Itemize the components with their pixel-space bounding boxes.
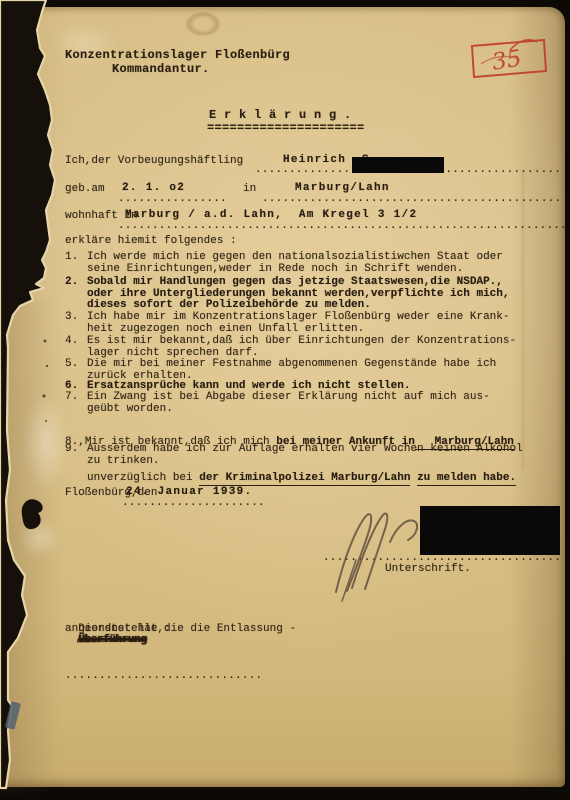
- declaration-item-4: 4. Es ist mir bekannt,daß ich über Einri…: [65, 336, 516, 359]
- kommandantur-line: Kommandantur.: [112, 64, 210, 76]
- item-text-underlined: zu melden habe.: [417, 473, 516, 486]
- declaration-item-2: 2. Sobald mir Handlungen gegen das jetzi…: [65, 277, 509, 312]
- item-number: 9.: [65, 444, 87, 467]
- declaration-item-9: 9. Ausserdem habe ich zur Auflage erhalt…: [65, 444, 523, 467]
- issuing-office-line-2: angeordnet hat :: [65, 624, 171, 636]
- declaration-item-1: 1. Ich werde mich nie gegen den national…: [65, 252, 503, 275]
- struck-word: Überführung: [78, 634, 146, 646]
- item-number: 5.: [65, 359, 87, 382]
- intro-line: erkläre hiemit folgendes :: [65, 236, 237, 248]
- item-8-line-2: unverzüglich bei der Kriminalpolizei Mar…: [65, 473, 516, 486]
- item-number: 7.: [65, 392, 87, 415]
- item-text: Ein Zwang ist bei Abgabe dieser Erklärun…: [87, 392, 490, 415]
- item-text-segment: unverzüglich bei: [87, 473, 199, 486]
- scanned-document-page: { "document": { "header": { "org": "Konz…: [0, 0, 570, 800]
- title-underline: =====================: [207, 123, 365, 135]
- item-text: Sobald mir Handlungen gegen das jetzige …: [87, 277, 509, 312]
- item-text: Ausserdem habe ich zur Auflage erhalten …: [87, 444, 523, 467]
- declaration-title: E r k l ä r u n g .: [209, 110, 352, 122]
- item-text: Es ist mir bekannt,daß ich über Einricht…: [87, 336, 516, 359]
- dotted-line-birth-b: ........................................…: [262, 194, 561, 206]
- redaction-box-name: [352, 157, 444, 173]
- footer-dotted-line: .............................: [65, 671, 262, 683]
- declaration-item-3: 3. Ich habe mir im Konzentrationslager F…: [65, 312, 509, 335]
- item-text: Ich habe mir im Konzentrationslager Floß…: [87, 312, 509, 335]
- item-number: 4.: [65, 336, 87, 359]
- dotted-line-residence: ........................................…: [118, 221, 567, 233]
- signature-label: Unterschrift.: [385, 564, 471, 576]
- item-text: Ich werde mich nie gegen den nationalsoz…: [87, 252, 503, 275]
- item-text-underlined: der Kriminalpolizei Marburg/Lahn: [199, 473, 410, 486]
- item-number: 1.: [65, 252, 87, 275]
- item-text: Die mir bei meiner Festnahme abgenommene…: [87, 359, 496, 382]
- birth-in-label: in: [243, 184, 256, 196]
- prisoner-label: Ich,der Vorbeugungshäftling: [65, 156, 243, 168]
- item-number: 2.: [65, 277, 87, 312]
- item-number: 3.: [65, 312, 87, 335]
- redaction-box-signature: [420, 506, 560, 555]
- declaration-item-5: 5. Die mir bei meiner Festnahme abgenomm…: [65, 359, 496, 382]
- dotted-line-date: .....................: [122, 498, 265, 510]
- declaration-item-7: 7. Ein Zwang ist bei Abgabe dieser Erklä…: [65, 392, 490, 415]
- camp-name: Konzentrationslager Floßenbürg: [65, 50, 290, 62]
- dotted-line-birth-a: ................: [118, 194, 227, 206]
- birth-label: geb.am: [65, 184, 105, 196]
